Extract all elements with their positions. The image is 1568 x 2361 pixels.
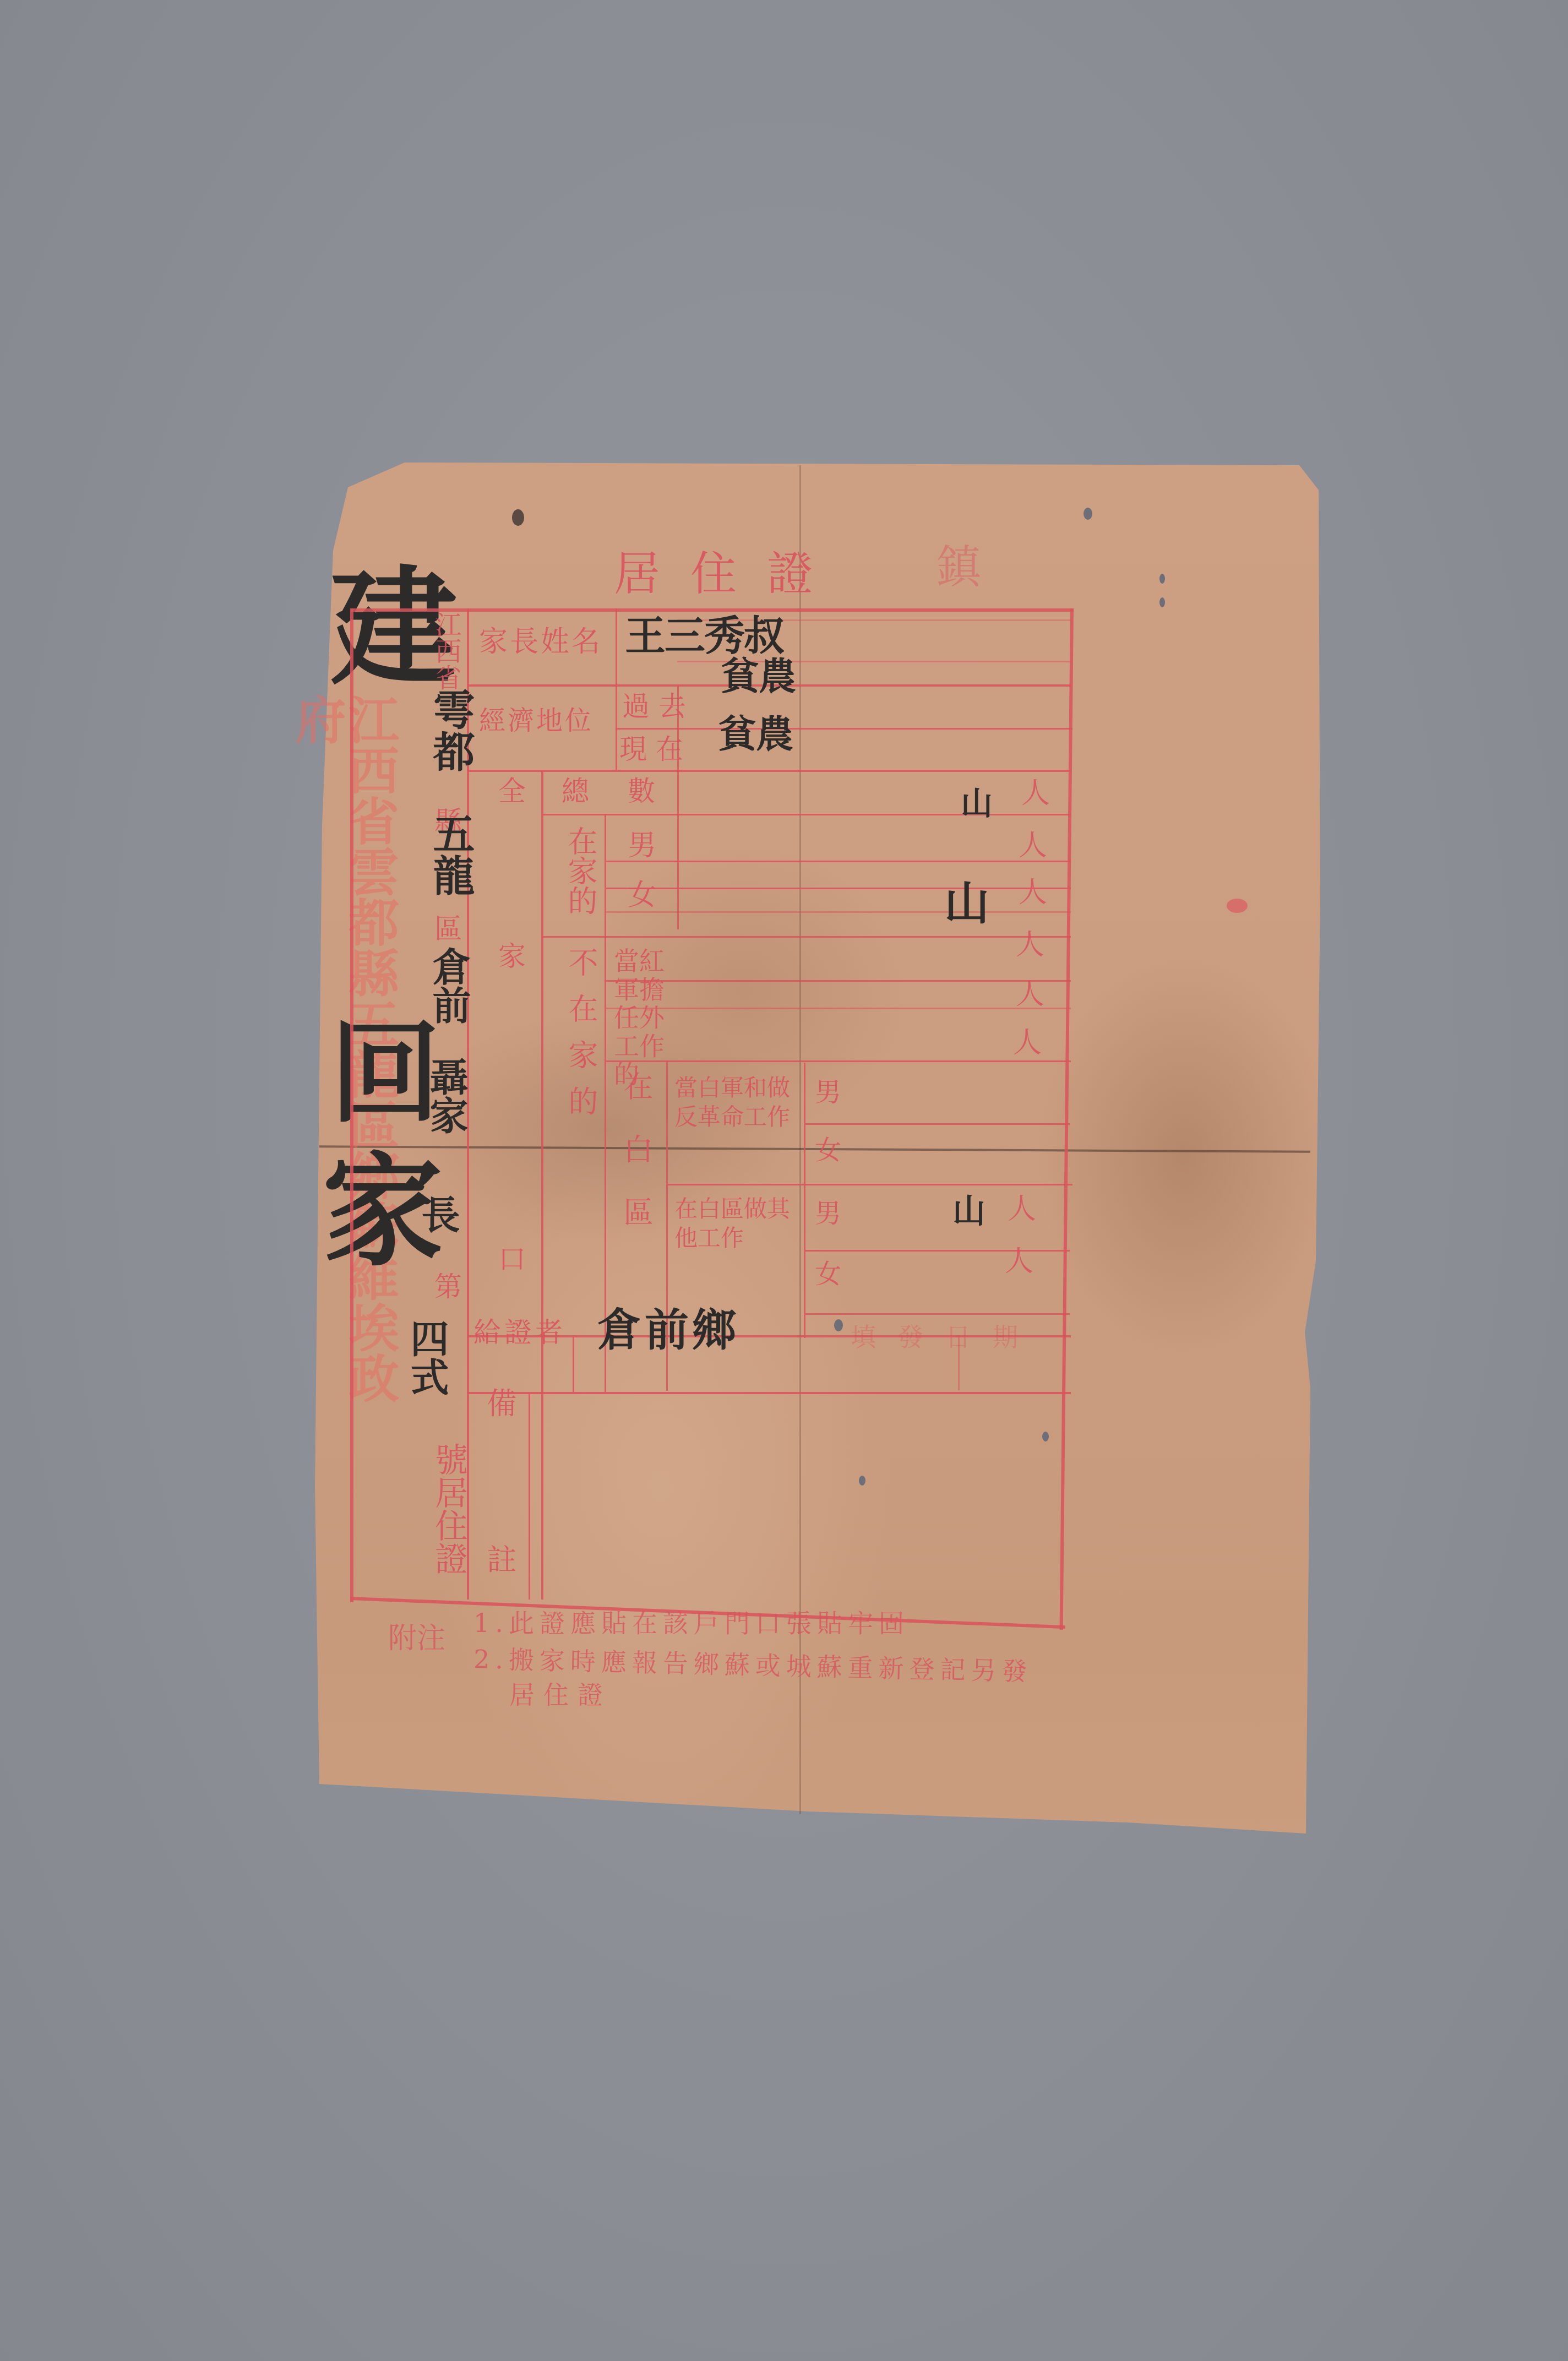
township-value: 倉前 — [429, 947, 468, 1024]
past-status-value: 貧農 — [721, 658, 796, 695]
male-label: 男 — [628, 831, 656, 860]
white-male-label-1: 男 — [815, 1079, 841, 1106]
white-female-label-1: 女 — [815, 1137, 841, 1163]
row-divider — [668, 1184, 1072, 1185]
issuer-value: 倉前鄉 — [597, 1308, 739, 1352]
row-divider — [606, 888, 1071, 889]
white-army-counterrev-label: 當白軍和做反革命工作 — [674, 1074, 801, 1131]
document-title: 居住證 — [614, 551, 843, 597]
white-male-label-2: 男 — [815, 1200, 841, 1227]
unit-label: 人 — [1005, 1247, 1033, 1276]
footnote-line-3: 居住證 — [509, 1682, 612, 1707]
column-divider — [616, 608, 617, 771]
row-divider — [468, 1392, 1071, 1394]
district-label: 區 — [432, 914, 460, 942]
unit-label: 人 — [1013, 1029, 1042, 1057]
unit-label: 人 — [1016, 980, 1044, 1009]
total-count-value: 山 — [961, 787, 993, 819]
unit-label: 人 — [1021, 779, 1050, 808]
row-divider — [606, 1008, 1071, 1009]
footnote-line-1: 1.此證應貼在該戶門口張貼牢固 — [473, 1611, 910, 1636]
white-area-male-value: 山 — [952, 1195, 986, 1228]
row-divider — [606, 1060, 1071, 1062]
certificate-number-suffix: 號居住證 — [432, 1443, 465, 1575]
row-divider — [616, 728, 1072, 730]
province-label: 江西省 — [433, 611, 459, 690]
row-divider — [606, 911, 1071, 913]
paper-hole — [1084, 508, 1092, 520]
issue-date-label: 填發日期 — [851, 1324, 1040, 1350]
paper-hole — [834, 1319, 843, 1331]
economic-status-label: 經濟地位 — [479, 708, 594, 734]
row-divider — [805, 1123, 1070, 1125]
table-border-left — [350, 608, 353, 1602]
red-ink-spot — [1227, 899, 1248, 913]
female-at-home-value: 山 — [944, 881, 989, 926]
row-divider — [468, 770, 1071, 772]
present-label: 現在 — [619, 736, 692, 763]
footnote-label: 附注 — [388, 1624, 445, 1653]
total-count-label: 總數 — [562, 777, 694, 805]
in-white-area-label: 在白區 — [621, 1071, 651, 1259]
issuer-label: 給證者 — [473, 1319, 566, 1346]
paper-hole — [859, 1476, 865, 1486]
number-prefix-label: 第 — [432, 1272, 460, 1299]
row-divider — [606, 980, 1071, 982]
title-seal-stamp: 鎮 — [936, 545, 981, 590]
unit-label: 人 — [1008, 1195, 1036, 1223]
county-value: 雩都 — [429, 688, 471, 772]
hamlet-value: 長 — [418, 1195, 457, 1233]
row-divider — [805, 1313, 1070, 1315]
unit-label: 人 — [1019, 831, 1047, 860]
paper-hole — [1042, 1432, 1049, 1441]
district-value: 五龍 — [429, 812, 471, 896]
paper-stain — [512, 509, 524, 526]
unit-label: 人 — [1016, 931, 1044, 959]
female-label: 女 — [628, 881, 656, 910]
away-red-army-work-label: 當紅軍擔任外工作的 — [614, 947, 674, 1089]
row-divider — [542, 936, 1071, 938]
white-female-label-2: 女 — [815, 1261, 841, 1287]
total-household-char-1: 全 — [498, 777, 526, 805]
head-of-household-label: 家長姓名 — [479, 628, 602, 656]
past-label: 過去 — [622, 693, 695, 720]
column-divider — [804, 1063, 805, 1338]
column-divider — [529, 1393, 530, 1600]
paper-hole — [1159, 574, 1165, 584]
village-value: 聶家 — [427, 1057, 465, 1134]
certificate-number-value: 四式 — [407, 1319, 446, 1396]
total-household-char-3: 口 — [498, 1245, 526, 1273]
white-area-other-work-label: 在白區做其他工作 — [674, 1195, 801, 1253]
present-status-value: 貧農 — [718, 716, 793, 753]
unit-label: 人 — [1019, 878, 1047, 907]
at-home-label: 在家的 — [565, 826, 595, 915]
total-household-char-2: 家 — [498, 943, 526, 970]
column-divider — [541, 771, 543, 1600]
row-divider — [606, 861, 1071, 862]
column-divider — [573, 1337, 574, 1392]
not-at-home-label: 不在家的 — [566, 947, 596, 1132]
paper-hole — [1159, 597, 1165, 607]
head-of-household-value: 王三秀叔 — [625, 616, 783, 656]
